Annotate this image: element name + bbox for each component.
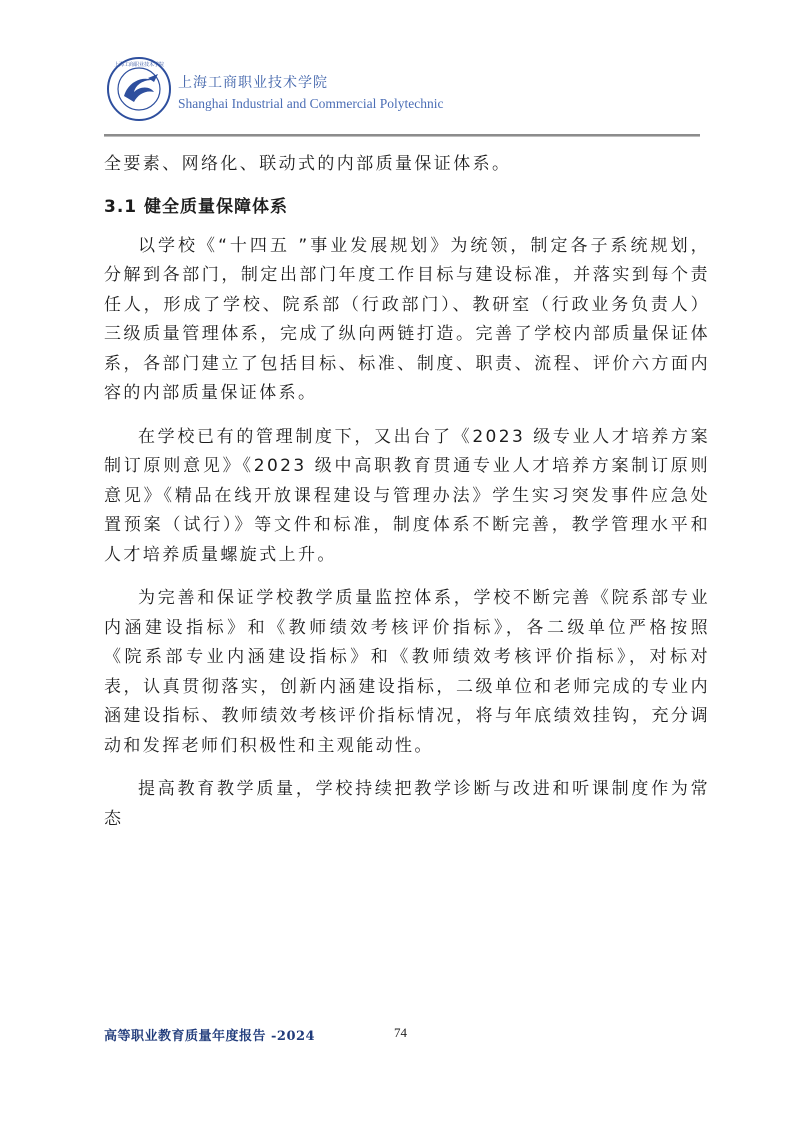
header-divider — [104, 134, 700, 137]
document-body: 全要素、网络化、联动式的内部质量保证体系。 3.1 健全质量保障体系 以学校《“… — [104, 150, 710, 834]
paragraph: 为完善和保证学校教学质量监控体系，学校不断完善《院系部专业内涵建设指标》和《教师… — [104, 584, 710, 761]
paragraph: 提高教育教学质量，学校持续把教学诊断与改进和听课制度作为常态 — [104, 775, 710, 834]
school-name-en: Shanghai Industrial and Commercial Polyt… — [178, 96, 443, 112]
paragraph: 在学校已有的管理制度下，又出台了《2023 级专业人才培养方案制订原则意见》《2… — [104, 423, 710, 571]
section-heading: 3.1 健全质量保障体系 — [104, 192, 710, 222]
page-header: 上海工商职业技术学院 上海工商职业技术学院 Shanghai Industria… — [104, 56, 704, 136]
footer-report-title: 高等职业教育质量年度报告 -2024 — [104, 1025, 315, 1044]
svg-text:上海工商职业技术学院: 上海工商职业技术学院 — [114, 61, 164, 68]
page-number: 74 — [394, 1025, 407, 1041]
paragraph: 以学校《“十四五 ”事业发展规划》为统领，制定各子系统规划， 分解到各部门，制定… — [104, 232, 710, 409]
lead-line: 全要素、网络化、联动式的内部质量保证体系。 — [104, 150, 710, 180]
school-name-cn: 上海工商职业技术学院 — [178, 72, 328, 92]
school-emblem-icon: 上海工商职业技术学院 — [104, 56, 174, 122]
